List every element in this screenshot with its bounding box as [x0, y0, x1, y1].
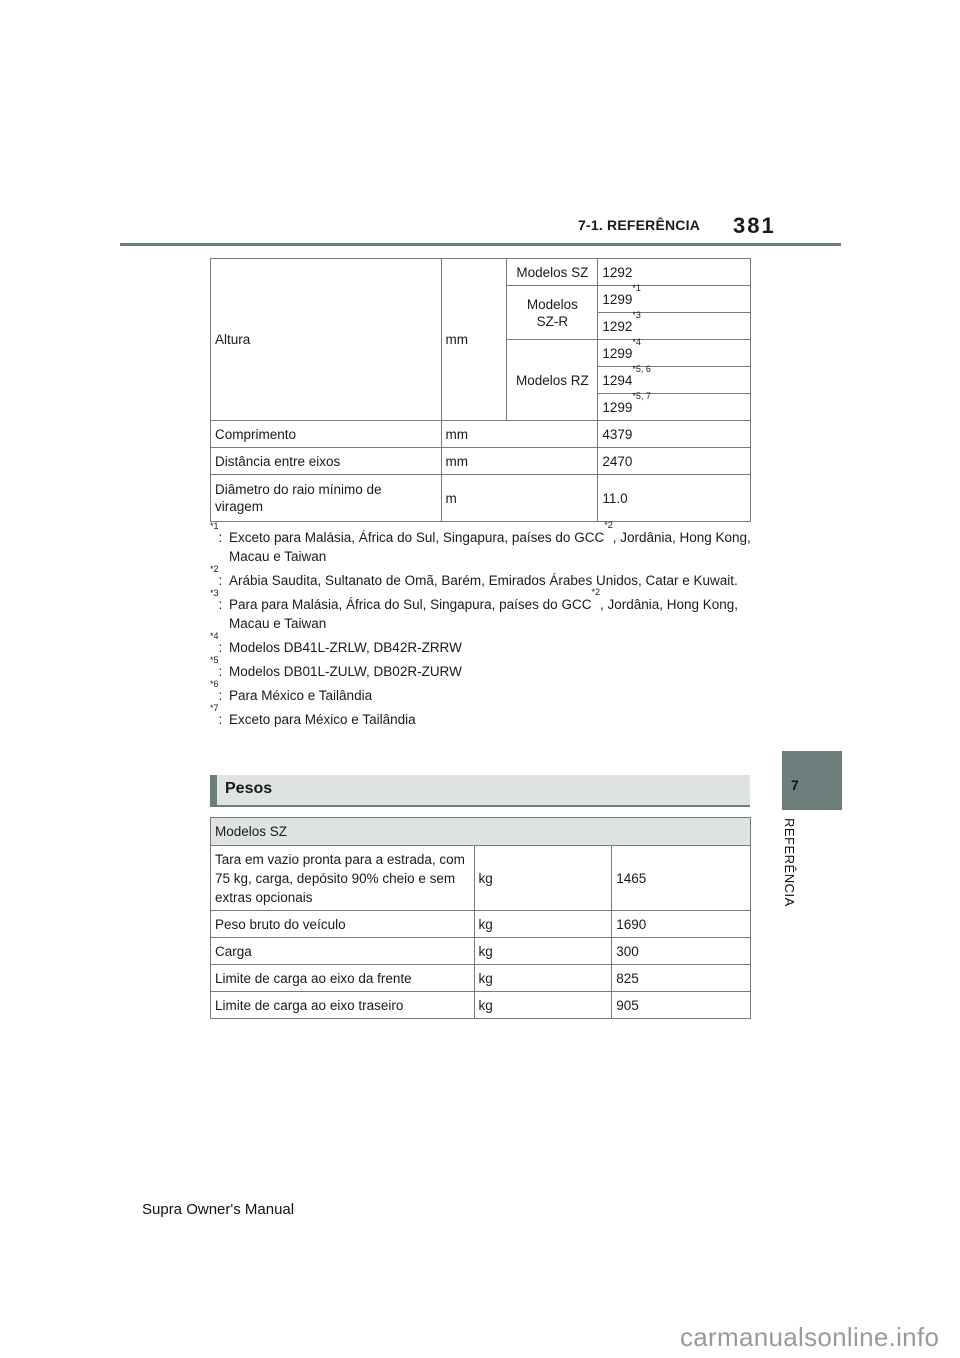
row-value: 825	[612, 965, 751, 992]
row-label: Limite de carga ao eixo traseiro	[211, 992, 475, 1019]
model-cell: Modelos RZ	[507, 340, 598, 421]
table-row: Peso bruto do veículo kg 1690	[211, 911, 751, 938]
table-row: Carga kg 300	[211, 938, 751, 965]
row-unit: kg	[474, 965, 612, 992]
footnote-5: *5: Modelos DB01L-ZULW, DB02R-ZURW	[210, 662, 755, 681]
row-unit: mm	[441, 448, 598, 475]
value-cell: 1292*3	[598, 313, 751, 340]
row-unit: kg	[474, 846, 612, 911]
footnote-7: *7: Exceto para México e Tailândia	[210, 710, 755, 729]
header-divider	[120, 243, 841, 246]
section-title: 7-1. REFERÊNCIA	[578, 217, 700, 233]
value-cell: 1294*5, 6	[598, 367, 751, 394]
row-value: 1465	[612, 846, 751, 911]
table-row: Comprimento mm 4379	[211, 421, 751, 448]
footnote-6: *6: Para México e Tailândia	[210, 686, 755, 705]
row-label: Diâmetro do raio mínimo de viragem	[211, 475, 442, 522]
row-label: Comprimento	[211, 421, 442, 448]
row-label: Peso bruto do veículo	[211, 911, 475, 938]
watermark: carmanualsonline.info	[680, 1322, 939, 1353]
row-value: 4379	[598, 421, 751, 448]
row-unit: kg	[474, 992, 612, 1019]
row-unit: m	[441, 475, 598, 522]
weights-table-header: Modelos SZ	[211, 818, 751, 846]
model-cell: Modelos SZ	[507, 259, 598, 286]
table-row: Distância entre eixos mm 2470	[211, 448, 751, 475]
table-row: Limite de carga ao eixo traseiro kg 905	[211, 992, 751, 1019]
chapter-number: 7	[791, 777, 799, 793]
row-label: Tara em vazio pronta para a estrada, com…	[211, 846, 475, 911]
page-number: 381	[733, 213, 776, 239]
footnotes: *1: Exceto para Malásia, África do Sul, …	[210, 528, 755, 734]
footnote-2: *2: Arábia Saudita, Sultanato de Omã, Ba…	[210, 571, 755, 590]
table-header-row: Modelos SZ	[211, 818, 751, 846]
table-row: Limite de carga ao eixo da frente kg 825	[211, 965, 751, 992]
value-cell: 1292	[598, 259, 751, 286]
manual-title: Supra Owner's Manual	[142, 1201, 294, 1218]
footnote-3: *3: Para para Malásia, África do Sul, Si…	[210, 595, 755, 633]
weights-table: Modelos SZ Tara em vazio pronta para a e…	[210, 817, 751, 1019]
row-unit: mm	[441, 421, 598, 448]
row-unit: kg	[474, 938, 612, 965]
footnote-1: *1: Exceto para Malásia, África do Sul, …	[210, 528, 755, 566]
altura-unit: mm	[441, 259, 507, 421]
value-cell: 1299*4	[598, 340, 751, 367]
value-cell: 1299*1	[598, 286, 751, 313]
row-label: Limite de carga ao eixo da frente	[211, 965, 475, 992]
row-label: Carga	[211, 938, 475, 965]
row-value: 11.0	[598, 475, 751, 522]
table-row: Diâmetro do raio mínimo de viragem m 11.…	[211, 475, 751, 522]
weights-section-header: Pesos	[210, 775, 750, 807]
table-row: Altura mm Modelos SZ 1292	[211, 259, 751, 286]
chapter-label-text: REFERÊNCIA	[782, 818, 797, 907]
section-accent-bar	[210, 775, 217, 805]
row-value: 300	[612, 938, 751, 965]
table-row: Tara em vazio pronta para a estrada, com…	[211, 846, 751, 911]
weights-section-title: Pesos	[225, 780, 272, 798]
row-label: Distância entre eixos	[211, 448, 442, 475]
row-value: 1690	[612, 911, 751, 938]
row-unit: kg	[474, 911, 612, 938]
chapter-label: REFERÊNCIA	[782, 818, 810, 928]
row-value: 905	[612, 992, 751, 1019]
dimensions-table: Altura mm Modelos SZ 1292 Modelos SZ-R 1…	[210, 258, 751, 522]
value-cell: 1299*5, 7	[598, 394, 751, 421]
altura-label: Altura	[211, 259, 442, 421]
footnote-4: *4: Modelos DB41L-ZRLW, DB42R-ZRRW	[210, 638, 755, 657]
model-cell: Modelos SZ-R	[507, 286, 598, 340]
row-value: 2470	[598, 448, 751, 475]
chapter-tab: 7	[782, 751, 842, 810]
